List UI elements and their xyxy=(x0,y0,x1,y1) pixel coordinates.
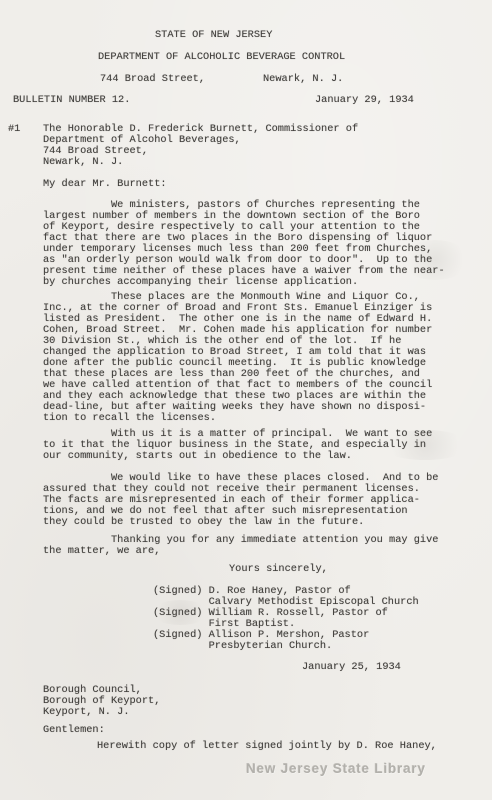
salutation: My dear Mr. Burnett: xyxy=(43,179,167,190)
paragraph-2: These places are the Monmouth Wine and L… xyxy=(43,292,432,424)
recipient-address: The Honorable D. Frederick Burnett, Comm… xyxy=(43,124,358,168)
letter-page: STATE OF NEW JERSEY DEPARTMENT OF ALCOHO… xyxy=(0,0,492,800)
state-title: STATE OF NEW JERSEY xyxy=(155,30,272,41)
header-city-address: Newark, N. J. xyxy=(263,74,343,85)
department-title: DEPARTMENT OF ALCOHOLIC BEVERAGE CONTROL xyxy=(98,52,345,63)
bulletin-number: BULLETIN NUMBER 12. xyxy=(13,95,130,106)
paragraph-4: We would like to have these places close… xyxy=(43,473,438,528)
council-salutation: Gentlemen: xyxy=(43,725,105,736)
second-date: January 25, 1934 xyxy=(302,662,401,673)
header-street-address: 744 Broad Street, xyxy=(100,74,205,85)
paragraph-3: With us it is a matter of principal. We … xyxy=(43,429,432,462)
item-number: #1 xyxy=(8,124,20,135)
signature-block: (Signed) D. Roe Haney, Pastor of Calvary… xyxy=(153,586,419,652)
forwarding-body-line: Herewith copy of letter signed jointly b… xyxy=(97,741,437,752)
paragraph-5: Thanking you for any immediate attention… xyxy=(43,535,438,557)
closing: Yours sincerely, xyxy=(229,564,328,575)
library-stamp: New Jersey State Library xyxy=(246,763,426,774)
bulletin-date: January 29, 1934 xyxy=(315,95,414,106)
paragraph-1: We ministers, pastors of Churches repres… xyxy=(43,200,445,288)
council-address: Borough Council, Borough of Keyport, Key… xyxy=(43,685,160,718)
